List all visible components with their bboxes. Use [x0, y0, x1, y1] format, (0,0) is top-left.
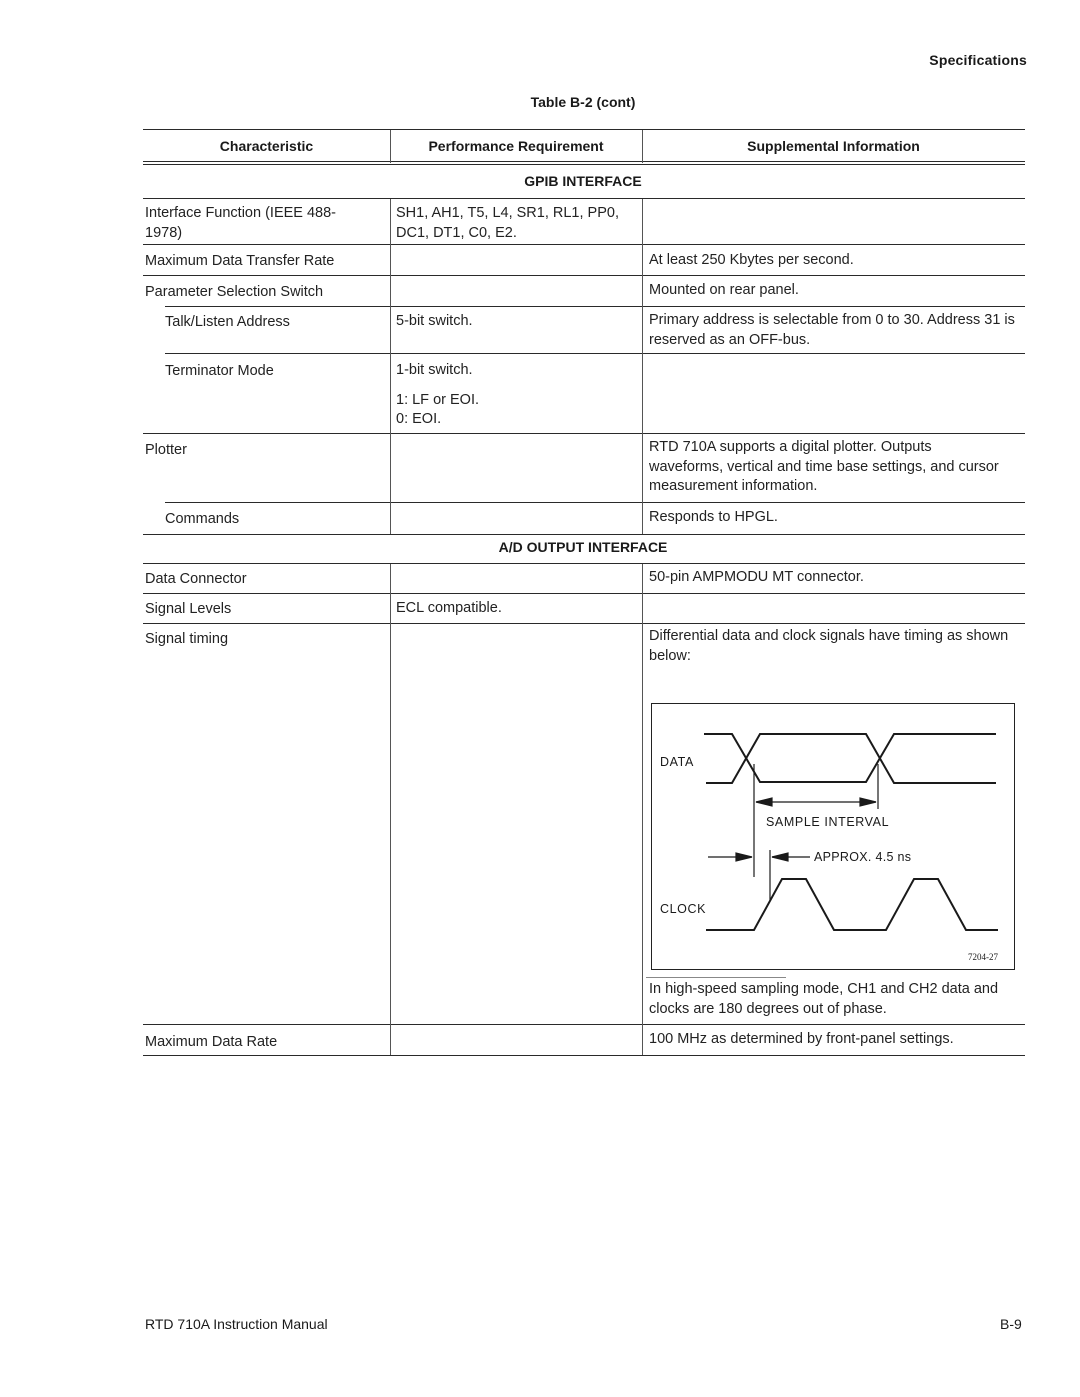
- approx-timing-label: APPROX. 4.5 ns: [814, 850, 911, 864]
- row-rule: [165, 502, 1025, 503]
- row-rule: [143, 534, 1025, 535]
- row-rule: [143, 275, 1025, 276]
- cell-performance-option: 0: EOI.: [396, 410, 636, 430]
- row-rule: [165, 306, 1025, 307]
- cell-performance-option: 1: LF or EOI.: [396, 391, 636, 411]
- row-rule: [143, 1055, 1025, 1056]
- cell-supplemental: Differential data and clock signals have…: [649, 627, 1009, 666]
- header-bottom-rule-2: [143, 164, 1025, 165]
- cell-performance: ECL compatible.: [396, 599, 636, 619]
- data-signal-label: DATA: [660, 755, 694, 769]
- cell-supplemental: Responds to HPGL.: [649, 508, 1021, 528]
- running-head: Specifications: [0, 52, 1027, 68]
- timing-diagram-graphic: DATA SAMPLE INTERVAL APPROX. 4.5 ns CLOC…: [652, 704, 1014, 969]
- figure-number: 7204-27: [968, 952, 998, 962]
- sample-interval-label: SAMPLE INTERVAL: [766, 815, 889, 829]
- header-supplemental: Supplemental Information: [642, 138, 1025, 154]
- header-bottom-rule-1: [143, 161, 1025, 162]
- row-rule: [143, 563, 1025, 564]
- row-rule: [143, 623, 1025, 624]
- cell-supplemental: 100 MHz as determined by front-panel set…: [649, 1030, 1021, 1050]
- cell-performance: SH1, AH1, T5, L4, SR1, RL1, PP0, DC1, DT…: [396, 204, 624, 243]
- cell-characteristic: Parameter Selection Switch: [145, 283, 385, 303]
- cell-performance: 5-bit switch.: [396, 312, 636, 332]
- row-rule: [143, 198, 1025, 199]
- cell-supplemental: Mounted on rear panel.: [649, 281, 1021, 301]
- section-title-gpib: GPIB INTERFACE: [143, 173, 1023, 189]
- cell-characteristic: Commands: [165, 510, 385, 530]
- cell-supplemental: 50-pin AMPMODU MT connector.: [649, 568, 1021, 588]
- cell-characteristic: Terminator Mode: [165, 362, 385, 382]
- cell-characteristic: Talk/Listen Address: [165, 313, 385, 333]
- cell-supplemental: RTD 710A supports a digital plotter. Out…: [649, 438, 999, 497]
- header-characteristic: Characteristic: [143, 138, 390, 154]
- clock-signal-label: CLOCK: [660, 902, 706, 916]
- cell-characteristic: Data Connector: [145, 570, 385, 590]
- timing-diagram: DATA SAMPLE INTERVAL APPROX. 4.5 ns CLOC…: [651, 703, 1015, 970]
- cell-supplemental-note: In high-speed sampling mode, CH1 and CH2…: [649, 980, 1029, 1019]
- row-rule: [165, 353, 1025, 354]
- cell-characteristic: Signal timing: [145, 630, 385, 650]
- row-rule: [143, 433, 1025, 434]
- row-rule: [143, 593, 1025, 594]
- cell-characteristic: Plotter: [145, 441, 385, 461]
- cell-characteristic: Maximum Data Rate: [145, 1033, 385, 1053]
- col-divider-1: [390, 199, 391, 534]
- diagram-note-rule: [646, 977, 786, 978]
- cell-supplemental: At least 250 Kbytes per second.: [649, 251, 1021, 271]
- cell-characteristic: Signal Levels: [145, 600, 385, 620]
- cell-characteristic: Maximum Data Transfer Rate: [145, 252, 385, 272]
- footer-manual-title: RTD 710A Instruction Manual: [145, 1316, 328, 1332]
- col-divider-1: [390, 564, 391, 1055]
- cell-performance: 1-bit switch.: [396, 361, 636, 381]
- col-divider-2: [642, 564, 643, 1055]
- row-rule: [143, 1024, 1025, 1025]
- header-top-rule: [143, 129, 1025, 130]
- table-title: Table B-2 (cont): [143, 94, 1023, 110]
- cell-supplemental: Primary address is selectable from 0 to …: [649, 311, 1021, 350]
- cell-characteristic: Interface Function (IEEE 488-1978): [145, 204, 345, 243]
- section-title-ad-output: A/D OUTPUT INTERFACE: [143, 539, 1023, 555]
- row-rule: [143, 244, 1025, 245]
- col-divider-2: [642, 199, 643, 534]
- footer-page-number: B-9: [1000, 1316, 1022, 1332]
- header-performance: Performance Requirement: [390, 138, 642, 154]
